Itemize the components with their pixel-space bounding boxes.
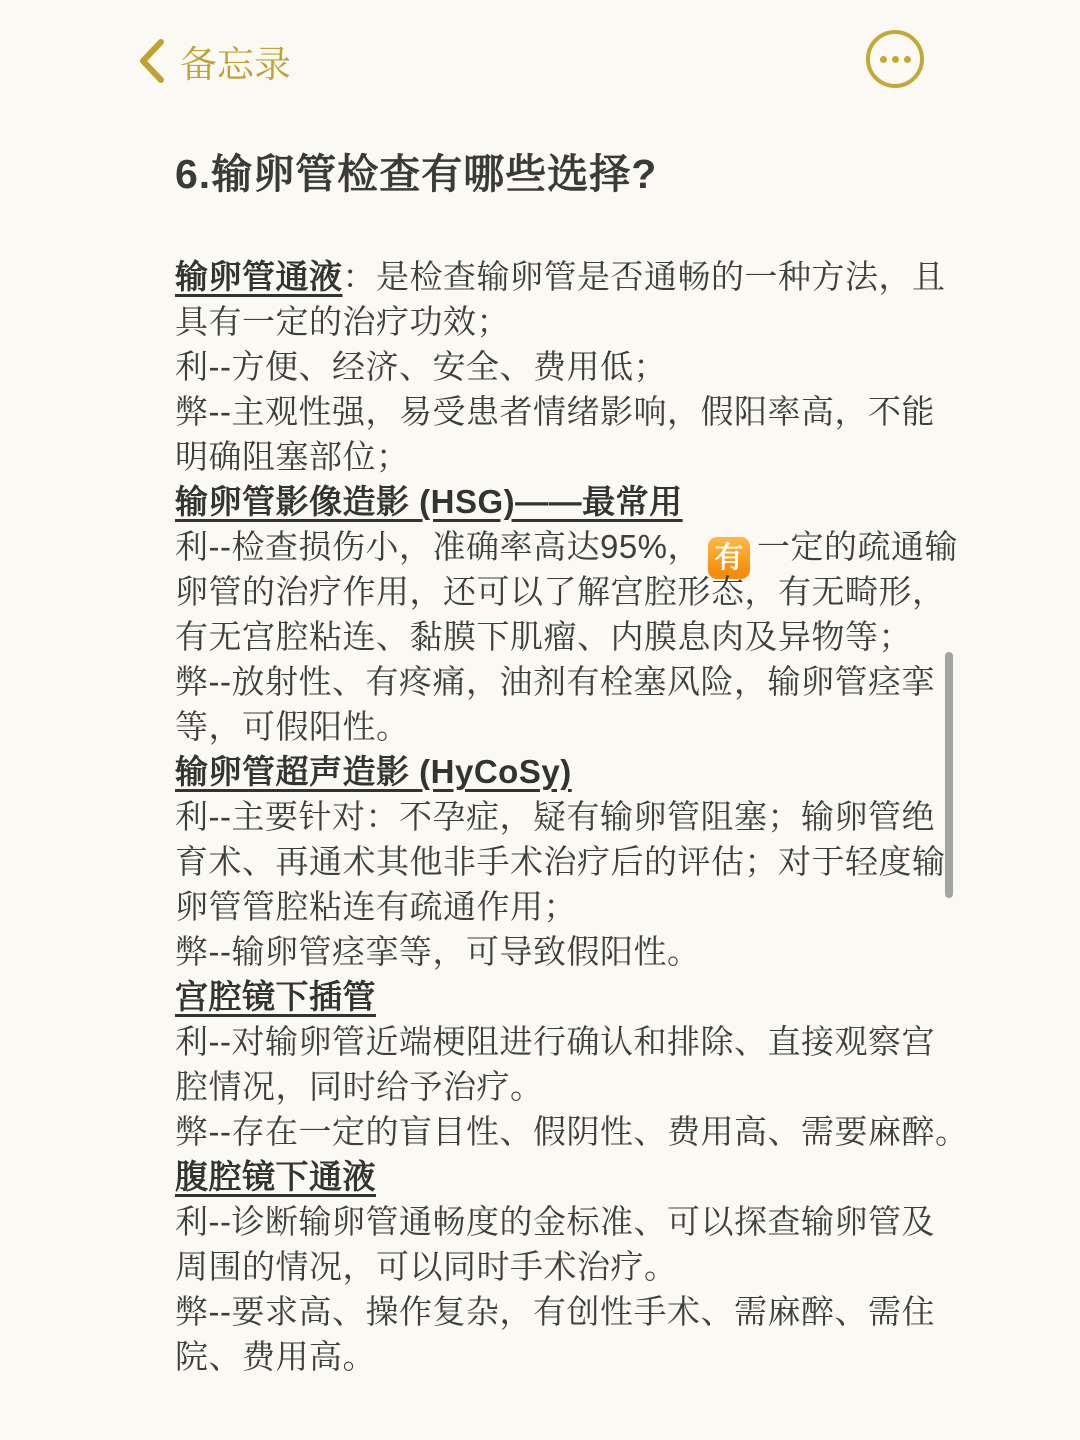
- note-line: 等，可假阳性。: [175, 704, 915, 749]
- note-line: ：是检查输卵管是否通畅的一种方法，且: [343, 258, 946, 295]
- note-line: 弊--输卵管痉挛等，可导致假阳性。: [175, 929, 915, 974]
- section-heading-line: 输卵管影像造影 (HSG)——最常用: [175, 479, 915, 524]
- section-heading-line: 输卵管通液：是检查输卵管是否通畅的一种方法，且: [175, 254, 915, 299]
- section-heading: 输卵管超声造影 (HyCoSy): [175, 753, 572, 790]
- note-line: 腔情况，同时给予治疗。: [175, 1064, 915, 1109]
- note-line-text: 利--检查损伤小，准确率高达95%，: [175, 528, 701, 565]
- back-button-label: 备忘录: [180, 34, 291, 88]
- scrollbar-thumb[interactable]: [945, 652, 953, 898]
- ellipsis-icon: [892, 56, 899, 63]
- note-line: 弊--存在一定的盲目性、假阴性、费用高、需要麻醉。: [175, 1109, 915, 1154]
- section-heading-line: 输卵管超声造影 (HyCoSy): [175, 749, 915, 794]
- note-line: 弊--要求高、操作复杂，有创性手术、需麻醉、需住: [175, 1289, 915, 1334]
- more-options-button[interactable]: [866, 30, 924, 88]
- ellipsis-icon: [880, 56, 887, 63]
- note-line: 利--检查损伤小，准确率高达95%，有一定的疏通输: [175, 524, 915, 569]
- section-heading: 腹腔镜下通液: [175, 1158, 376, 1195]
- note-line: 弊--放射性、有疼痛，油剂有栓塞风险，输卵管痉挛: [175, 659, 915, 704]
- note-line-text: 一定的疏通输: [757, 528, 958, 565]
- section-heading: 输卵管通液: [175, 258, 343, 295]
- section-heading-line: 腹腔镜下通液: [175, 1154, 915, 1199]
- note-body: 6.输卵管检查有哪些选择? 输卵管通液：是检查输卵管是否通畅的一种方法，且 具有…: [175, 150, 915, 1379]
- note-line: 卵管管腔粘连有疏通作用；: [175, 884, 915, 929]
- ellipsis-icon: [904, 56, 911, 63]
- note-line: 有无宫腔粘连、黏膜下肌瘤、内膜息肉及异物等；: [175, 614, 915, 659]
- note-title: 6.输卵管检查有哪些选择?: [175, 150, 915, 198]
- note-line: 具有一定的治疗功效；: [175, 299, 915, 344]
- note-line: 卵管的治疗作用，还可以了解宫腔形态，有无畸形，: [175, 569, 915, 614]
- back-button[interactable]: 备忘录: [138, 34, 291, 88]
- note-line: 院、费用高。: [175, 1334, 915, 1379]
- note-line: 周围的情况，可以同时手术治疗。: [175, 1244, 915, 1289]
- note-line: 利--对输卵管近端梗阻进行确认和排除、直接观察宫: [175, 1019, 915, 1064]
- section-heading: 宫腔镜下插管: [175, 978, 376, 1015]
- section-heading-line: 宫腔镜下插管: [175, 974, 915, 1019]
- note-line: 明确阻塞部位；: [175, 434, 915, 479]
- chevron-left-icon: [138, 38, 166, 84]
- section-heading: 输卵管影像造影 (HSG)——最常用: [175, 483, 683, 520]
- note-line: 育术、再通术其他非手术治疗后的评估；对于轻度输: [175, 839, 915, 884]
- note-line: 利--主要针对：不孕症，疑有输卵管阻塞；输卵管绝: [175, 794, 915, 839]
- note-line: 利--方便、经济、安全、费用低；: [175, 344, 915, 389]
- nav-bar: 备忘录: [0, 0, 1080, 110]
- note-line: 弊--主观性强，易受患者情绪影响，假阳率高，不能: [175, 389, 915, 434]
- note-line: 利--诊断输卵管通畅度的金标准、可以探查输卵管及: [175, 1199, 915, 1244]
